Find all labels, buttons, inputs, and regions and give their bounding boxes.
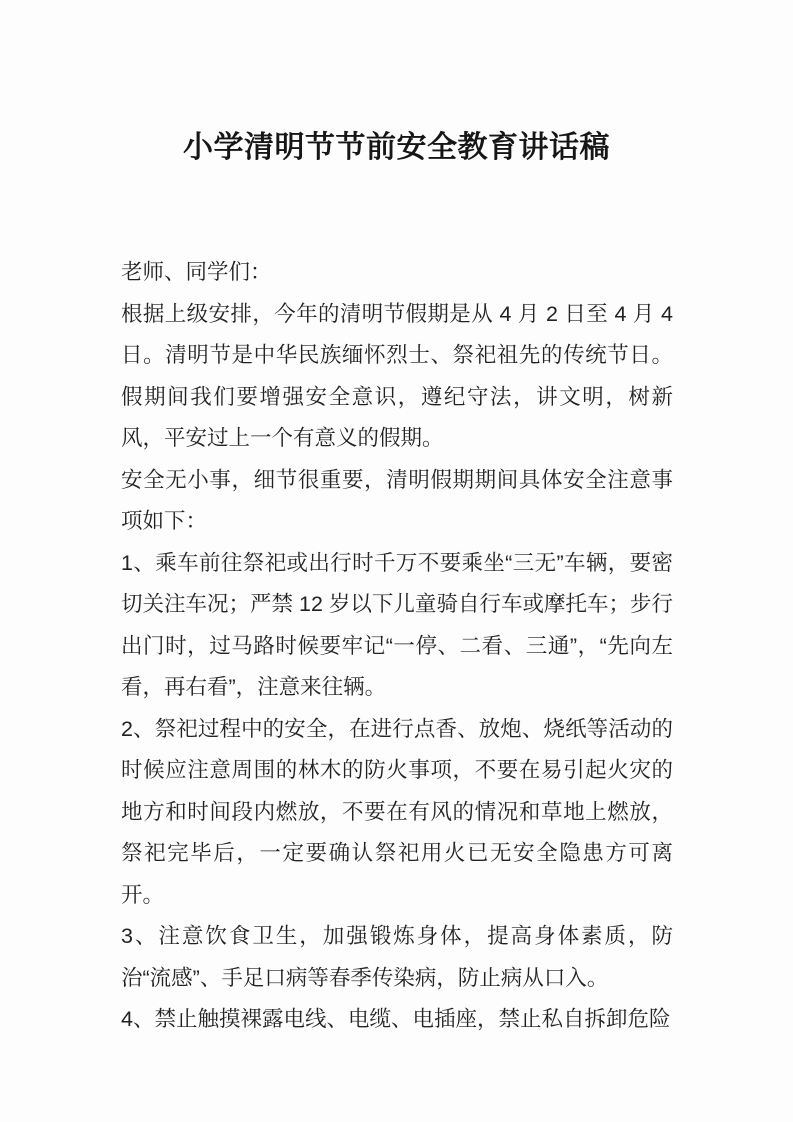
document-page: 小学清明节节前安全教育讲话稿 老师、同学们：根据上级安排，今年的清明节假期是从 … xyxy=(0,0,793,1122)
paragraph: 2、祭祀过程中的安全，在进行点香、放炮、烧纸等活动的时候应注意周围的林木的防火事… xyxy=(121,709,673,917)
paragraph: 4、禁止触摸裸露电线、电缆、电插座，禁止私自拆卸危险 xyxy=(121,999,673,1041)
document-title: 小学清明节节前安全教育讲话稿 xyxy=(0,0,793,168)
document-body: 老师、同学们：根据上级安排，今年的清明节假期是从 4 月 2 日至 4 月 4 … xyxy=(121,252,673,1041)
paragraph: 安全无小事，细节很重要，清明假期期间具体安全注意事项如下： xyxy=(121,460,673,543)
paragraph: 老师、同学们： xyxy=(121,252,673,294)
paragraph: 根据上级安排，今年的清明节假期是从 4 月 2 日至 4 月 4 日。清明节是中… xyxy=(121,294,673,460)
paragraph: 3、注意饮食卫生，加强锻炼身体，提高身体素质，防治“流感”、手足口病等春季传染病… xyxy=(121,916,673,999)
paragraph: 1、乘车前往祭祀或出行时千万不要乘坐“三无”车辆，要密切关注车况；严禁 12 岁… xyxy=(121,543,673,709)
